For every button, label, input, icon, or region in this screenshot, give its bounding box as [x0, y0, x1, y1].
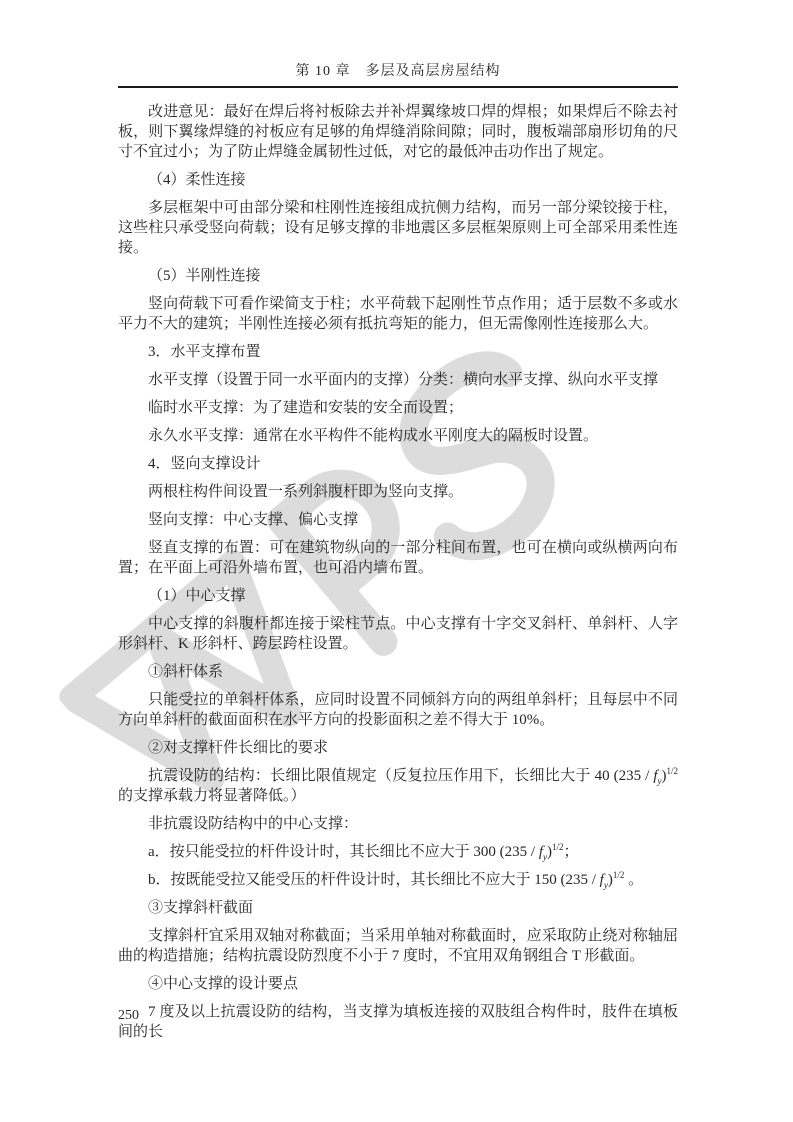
header-rule: [118, 86, 678, 88]
paragraph: 改进意见：最好在焊后将衬板除去并补焊翼缘坡口焊的焊根；如果焊后不除去衬板，则下翼…: [118, 102, 678, 162]
paragraph: a．按只能受拉的杆件设计时，其长细比不应大于 300 (235 / fy)1/2…: [118, 842, 678, 862]
paragraph: 两根柱构件间设置一系列斜腹杆即为竖向支撑。: [118, 482, 678, 502]
paragraph: 永久水平支撑：通常在水平构件不能构成水平刚度大的隔板时设置。: [118, 426, 678, 446]
paragraph: b．按既能受拉又能受压的杆件设计时，其长细比不应大于 150 (235 / fy…: [118, 870, 678, 890]
paragraph: （1）中心支撑: [118, 586, 678, 606]
paragraph: 临时水平支撑：为了建造和安装的安全而设置；: [118, 398, 678, 418]
document-body: 改进意见：最好在焊后将衬板除去并补焊翼缘坡口焊的焊根；如果焊后不除去衬板，则下翼…: [118, 102, 678, 1050]
paragraph: 4．竖向支撑设计: [118, 454, 678, 474]
paragraph: （4）柔性连接: [118, 170, 678, 190]
paragraph: ①斜杆体系: [118, 662, 678, 682]
paragraph: 多层框架中可由部分梁和柱刚性连接组成抗侧力结构，而另一部分梁铰接于柱，这些柱只承…: [118, 198, 678, 258]
paragraph: 竖向支撑：中心支撑、偏心支撑: [118, 510, 678, 530]
paragraph: 水平支撑（设置于同一水平面内的支撑）分类：横向水平支撑、纵向水平支撑: [118, 370, 678, 390]
paragraph: 中心支撑的斜腹杆都连接于梁柱节点。中心支撑有十字交叉斜杆、单斜杆、人字形斜杆、K…: [118, 614, 678, 654]
paragraph: 竖直支撑的布置：可在建筑物纵向的一部分柱间布置，也可在横向或纵横两向布置；在平面…: [118, 538, 678, 578]
paragraph: 支撑斜杆宜采用双轴对称截面；当采用单轴对称截面时，应采取防止绕对称轴屈曲的构造措…: [118, 926, 678, 966]
paragraph: ③支撑斜杆截面: [118, 898, 678, 918]
paragraph: 3．水平支撑布置: [118, 342, 678, 362]
chapter-header-title: 第 10 章 多层及高层房屋结构: [296, 64, 501, 79]
paragraph: ②对支撑杆件长细比的要求: [118, 738, 678, 758]
paragraph: 7 度及以上抗震设防的结构，当支撑为填板连接的双肢组合构件时，肢件在填板间的长: [118, 1002, 678, 1042]
page-header: 第 10 章 多层及高层房屋结构: [118, 60, 678, 80]
paragraph: （5）半刚性连接: [118, 266, 678, 286]
paragraph: 只能受拉的单斜杆体系，应同时设置不同倾斜方向的两组单斜杆；且每层中不同方向单斜杆…: [118, 690, 678, 730]
paragraph: 非抗震设防结构中的中心支撑：: [118, 814, 678, 834]
paragraph: 抗震设防的结构：长细比限值规定（反复拉压作用下，长细比大于 40 (235 / …: [118, 766, 678, 806]
document-page: 第 10 章 多层及高层房屋结构 改进意见：最好在焊后将衬板除去并补焊翼缘坡口焊…: [0, 0, 793, 1122]
paragraph: ④中心支撑的设计要点: [118, 974, 678, 994]
paragraph: 竖向荷载下可看作梁简支于柱；水平荷载下起刚性节点作用；适于层数不多或水平力不大的…: [118, 294, 678, 334]
page-number: 250: [118, 1008, 139, 1024]
